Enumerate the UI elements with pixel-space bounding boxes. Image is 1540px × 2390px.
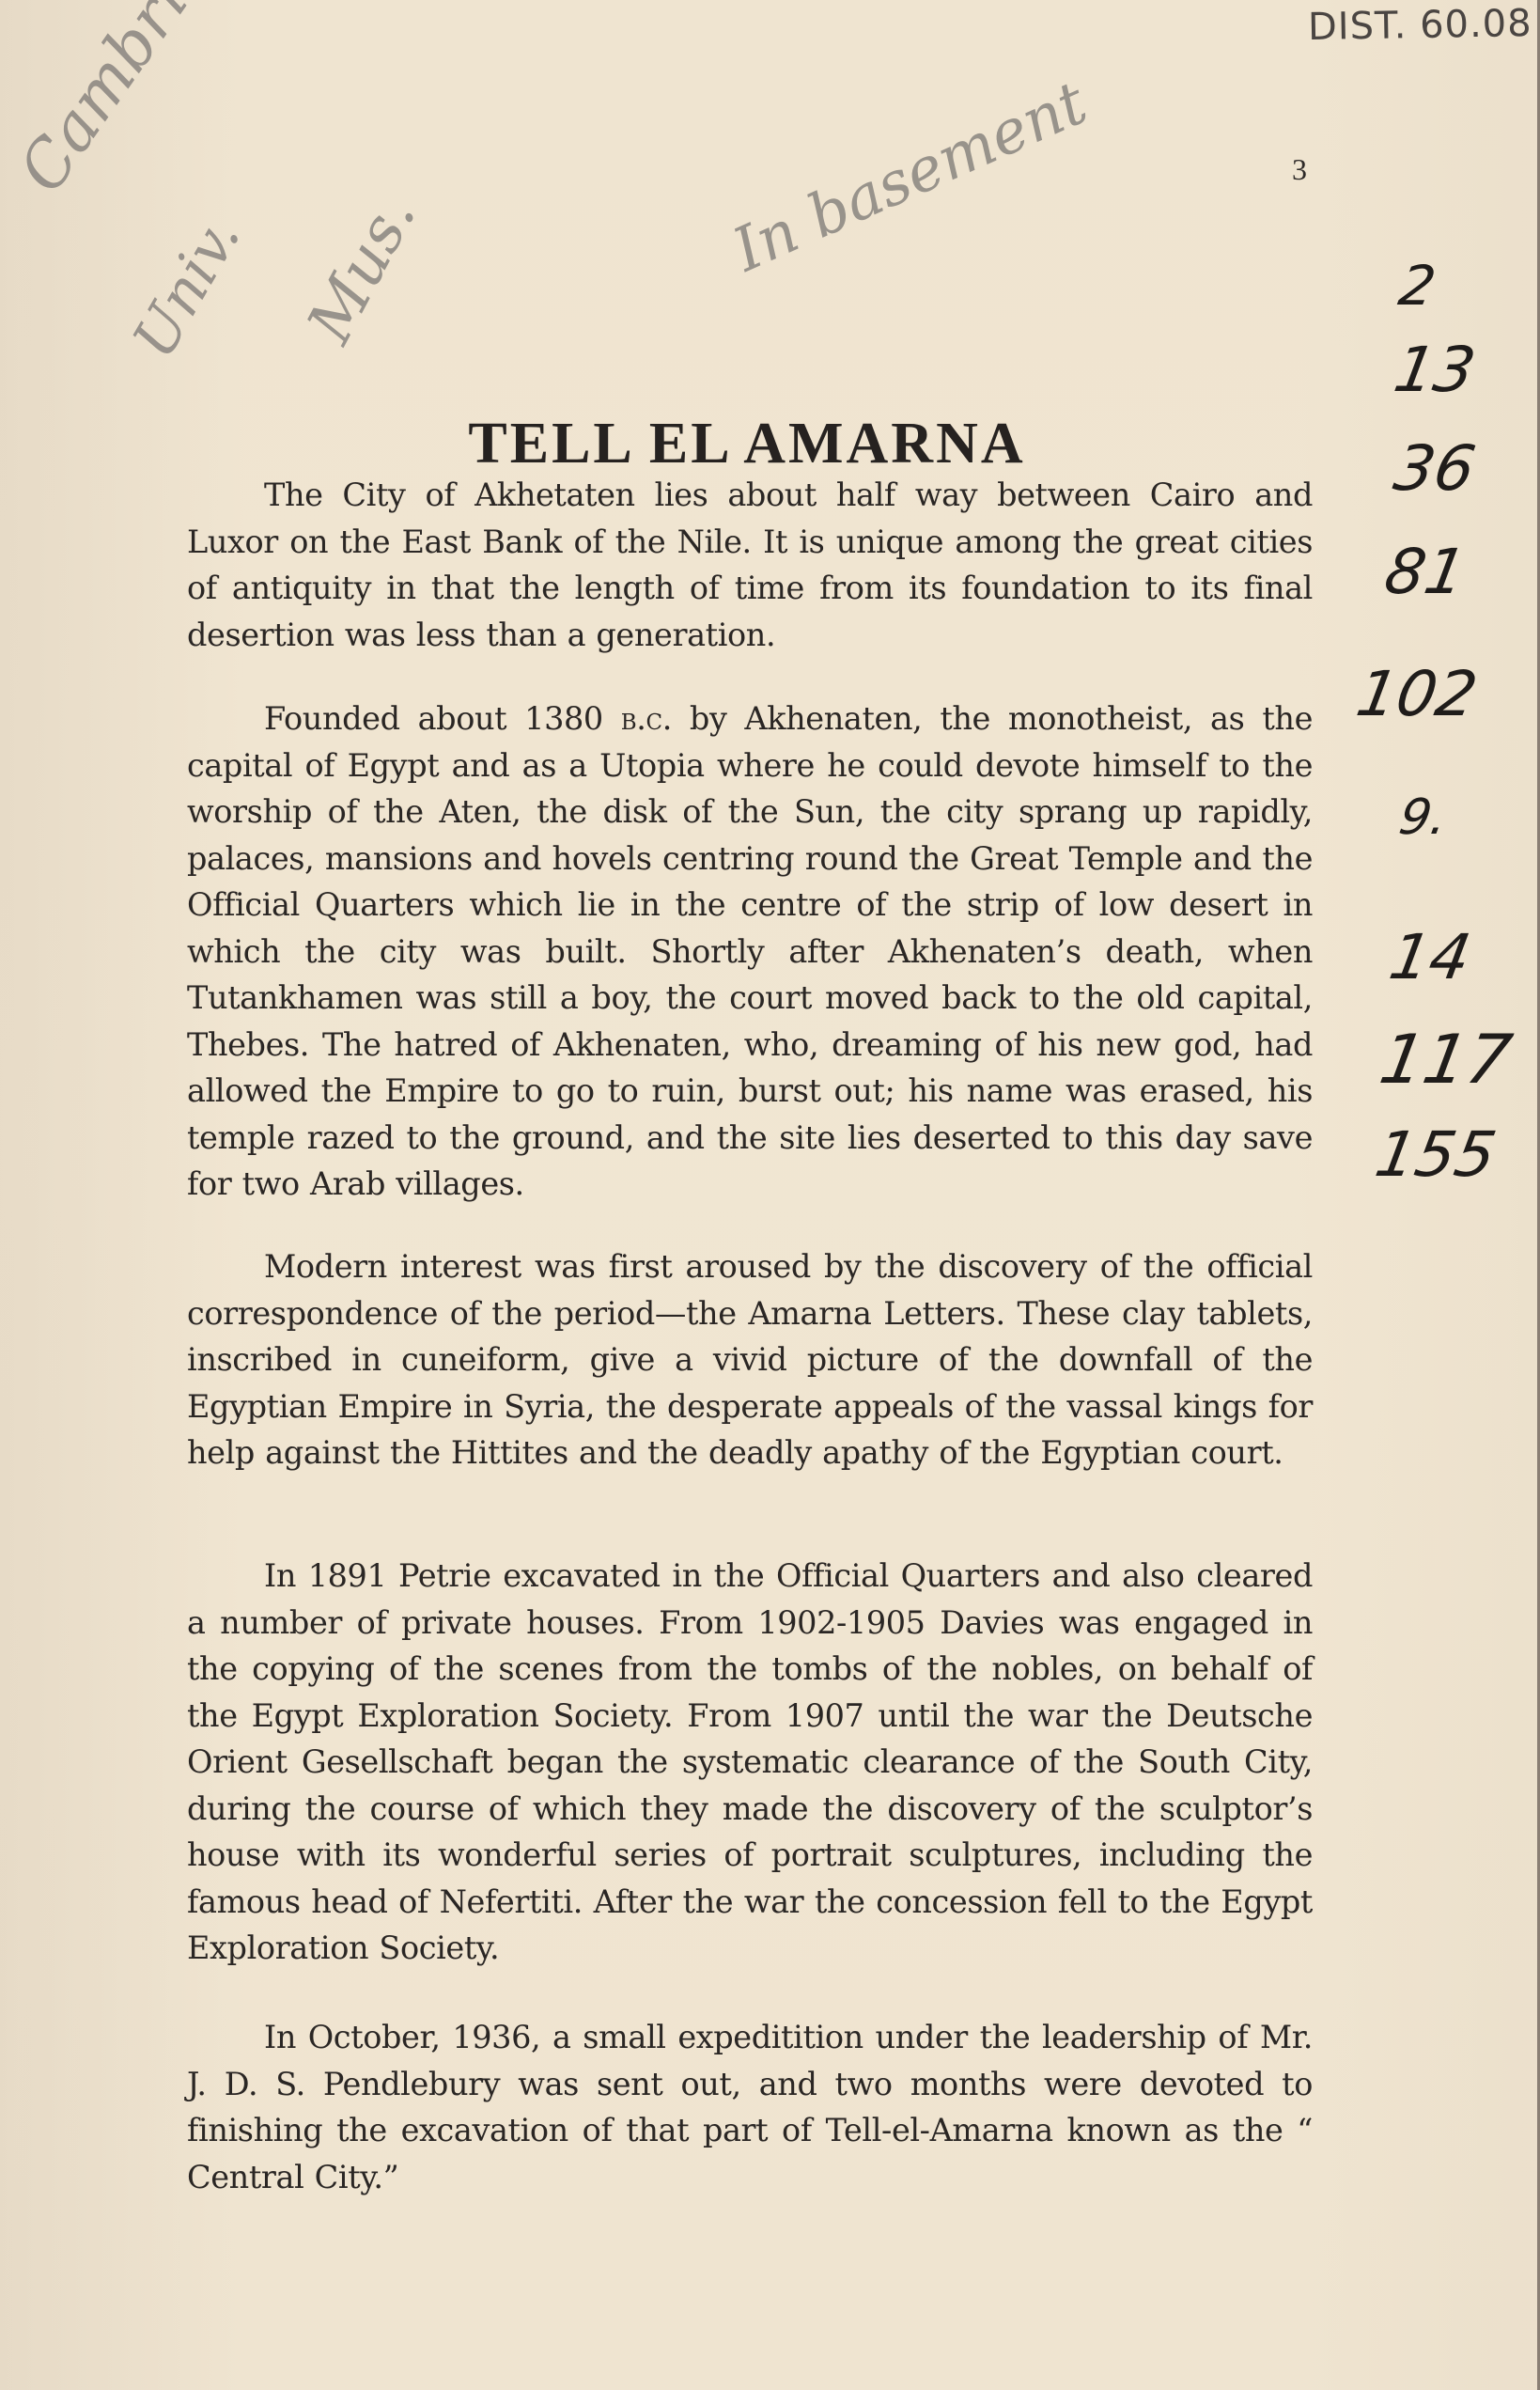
tally-number: 102 bbox=[1351, 658, 1483, 730]
tally-number: 14 bbox=[1384, 921, 1476, 993]
pencil-note-cambridge: Cambridge bbox=[5, 0, 272, 206]
tally-number: 9. bbox=[1395, 789, 1452, 846]
paragraph-text: The City of Akhetaten lies about half wa… bbox=[187, 472, 1313, 658]
paragraph-text: Modern interest was first aroused by the… bbox=[187, 1243, 1313, 1476]
paragraph-text-rest: by Akhenaten, the monotheist, as the cap… bbox=[187, 700, 1313, 1202]
pencil-note-univ: Univ. bbox=[119, 205, 254, 369]
paragraph-text: Founded about 1380 b.c. by Akhenaten, th… bbox=[187, 695, 1313, 1208]
paragraph-1936-expedition: In October, 1936, a small expeditition u… bbox=[187, 2014, 1313, 2200]
pencil-note-mus: Mus. bbox=[293, 183, 429, 354]
tally-number: 155 bbox=[1370, 1118, 1501, 1191]
pencil-note-in-basement: In basement bbox=[723, 69, 1097, 286]
tally-number: 2 bbox=[1394, 254, 1440, 318]
paragraph-excavation-history: In 1891 Petrie excavated in the Official… bbox=[187, 1553, 1313, 1972]
tally-number: 81 bbox=[1379, 536, 1471, 608]
paragraph-text-lead: Founded about 1380 bbox=[264, 700, 621, 737]
paragraph-location: The City of Akhetaten lies about half wa… bbox=[187, 472, 1313, 658]
page-number: 3 bbox=[1292, 152, 1307, 187]
paragraph-text: In 1891 Petrie excavated in the Official… bbox=[187, 1553, 1313, 1972]
document-title: TELL EL AMARNA bbox=[0, 411, 1494, 477]
paragraph-founding: Founded about 1380 b.c. by Akhenaten, th… bbox=[187, 695, 1313, 1208]
tally-number: 117 bbox=[1375, 1020, 1517, 1099]
paragraph-text: In October, 1936, a small expeditition u… bbox=[187, 2014, 1313, 2200]
archive-reference-stamp: DIST. 60.08 bbox=[1308, 2, 1532, 49]
paragraph-amarna-letters: Modern interest was first aroused by the… bbox=[187, 1243, 1313, 1476]
era-abbreviation: b.c. bbox=[621, 700, 672, 737]
tally-number: 13 bbox=[1389, 334, 1481, 406]
